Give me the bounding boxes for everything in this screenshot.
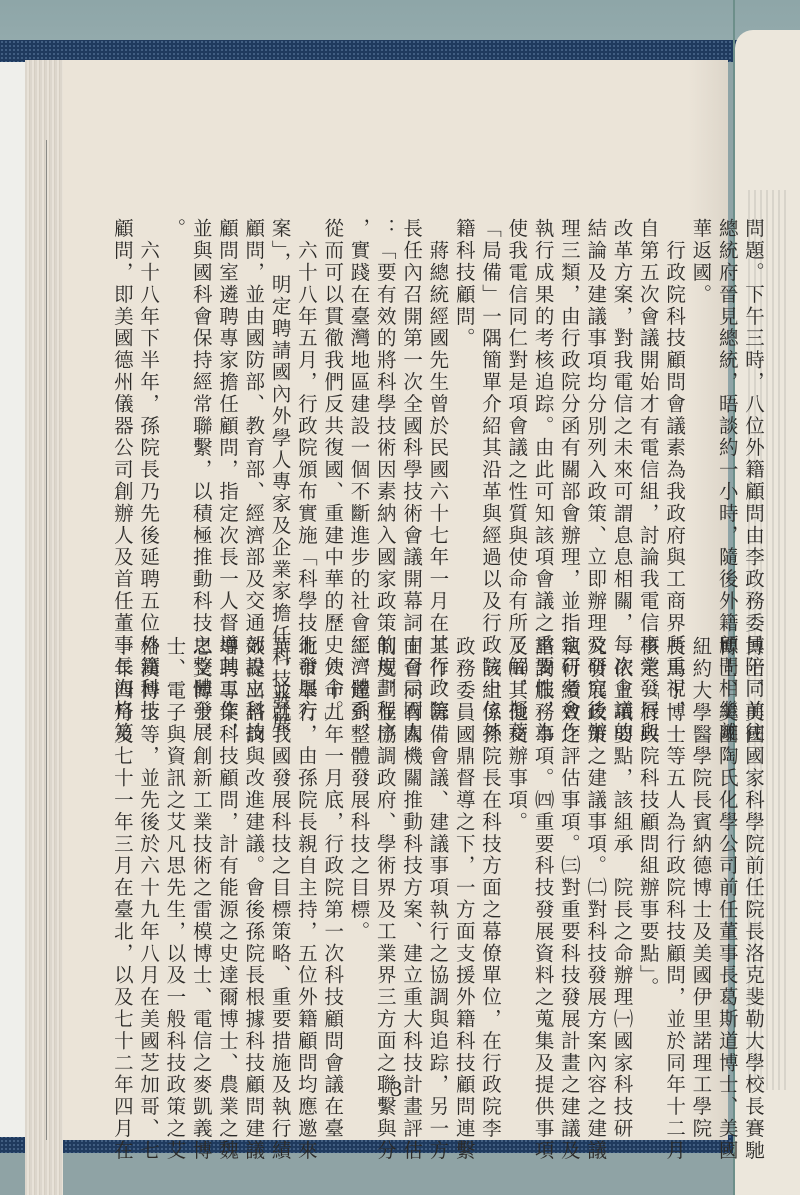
page-edge-line	[46, 140, 47, 1140]
text-column: 該組係孫院長在科技方面之幕僚單位，在行政院李	[479, 636, 502, 1140]
text-column: 效提出諮詢與改進建議。會後孫院長根據科技顧問建議	[242, 636, 265, 1162]
text-column: 十年四月及七十一年三月在臺北，以及七十二年四月在	[111, 636, 134, 1162]
text-column: 究發展政策之建議事項。㈡對科技發展方案內容之建議	[584, 636, 607, 1162]
text-column: 紐約大學醫學院長賓納德博士及美國伊里諾理工學院	[689, 636, 712, 1140]
text-column: 博士、美國國家科學院前任院長洛克斐勒大學校長賽馳	[742, 636, 765, 1162]
text-column: 工，達到整體發展科技之目標。	[348, 636, 371, 943]
text-column: 長馬丁博士等五人為行政院科技顧問，並於同年十二月	[663, 636, 686, 1162]
text-column: 諮詢服務事項。㈣重要科技發展資料之蒐集及提供事項	[532, 636, 555, 1162]
vertical-text-body: 問題。下午三時，八位外籍顧問由李政務委員陪同前往 總統府晉見總統，晤談約一小時，…	[118, 218, 766, 1048]
text-column: 工作、籌備會議、建議事項執行之協調與追踪，另一方	[426, 636, 449, 1162]
text-column: 及㈤其他交辦事項。	[505, 636, 528, 833]
page-edges	[25, 60, 63, 1195]
text-column: 華，並就我國發展科技之目標策略、重要措施及執行績	[269, 636, 292, 1162]
text-column: 士、電子與資訊之艾凡思先生，以及一般科技政策之艾	[163, 636, 186, 1162]
previous-pages-stack	[0, 62, 25, 1137]
text-column: 北市舉行，由孫院長親自主持，五位外籍顧問均應邀來	[295, 636, 318, 1162]
text-column: 。	[163, 218, 186, 240]
text-column: 博士、美國陶氏化學公司前任董事長葛斯道博士、美國	[716, 636, 739, 1162]
text-column: 面會同有關機關推動科技方案、建立重大科技計畫評估	[400, 636, 423, 1162]
page-number: 3	[390, 1077, 403, 1101]
text-column: 六十九年一月底，行政院第一次科技顧問會議在臺	[321, 636, 344, 1140]
book-cover-band-top	[0, 40, 740, 62]
text-column: 籍科技顧問。	[453, 218, 476, 349]
text-column: 核定「行政院科技顧問組辦事要點」。	[637, 636, 660, 999]
text-column: 格漢博士等，並先後於六十九年八月在美國芝加哥、七	[137, 636, 160, 1162]
text-column: 華返國。	[689, 218, 712, 306]
text-column: 思文博士、創新工業技術之雷模博士、電信之麥凱義博	[190, 636, 213, 1162]
text-column: 增聘專業科技顧問，計有能源之史達爾博士、農業之魏	[216, 636, 239, 1162]
text-column: 政務委員國鼎督導之下，一方面支援外籍科技顧問連繫	[453, 636, 476, 1162]
text-column: 執行績效之評估事項。㈢對重要科技發展計畫之建議及	[558, 636, 581, 1162]
text-column: 依上項要點，該組承 院長之命辦理㈠國家科技研	[611, 636, 634, 1140]
